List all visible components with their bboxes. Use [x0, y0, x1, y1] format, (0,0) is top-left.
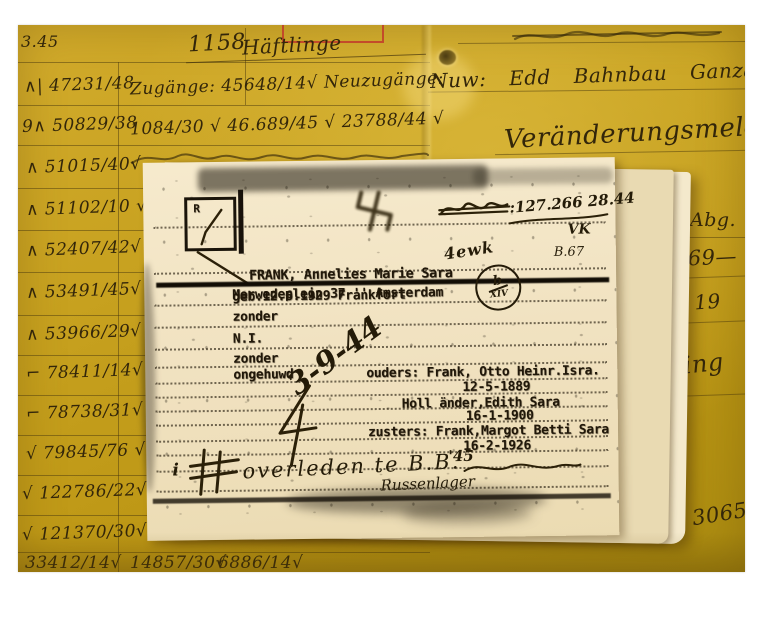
card-father-date: 12-5-1889 [462, 379, 530, 395]
toner-smudge [473, 167, 613, 185]
ledger-row: √ 79845/76 √ [26, 440, 147, 464]
card-zonder2: zonder [233, 351, 278, 367]
number-underline-flourish [509, 213, 609, 226]
ledger-line [18, 62, 430, 63]
abg-label: Abg. [690, 209, 736, 231]
card-mother-date: 16-1-1900 [466, 408, 534, 424]
card-zusters: zusters: Frank,Margot Betti Sara [368, 422, 609, 440]
ledger-row-right: 1084/30 √ 46.689/45 √ 23788/44 √ [130, 109, 445, 140]
ledger-line [18, 105, 430, 106]
ledger-row: ∧ 51102/10 √ [26, 196, 148, 220]
ledger-row: ⌐ 78738/31√ [26, 400, 144, 424]
change-report-title: Veränderungsmeldung [503, 109, 745, 155]
archival-photo-page: { "colors":{"ledger_yellow":"#c7a11f","c… [0, 0, 768, 629]
ledger-row-right: Zugänge: 45648/14√ Neuzugänge: [130, 69, 444, 100]
card-ni: N.I. [233, 331, 263, 346]
i-mark: i [172, 460, 179, 480]
toner-smudge [198, 165, 488, 193]
ledger-count: 1158 [187, 29, 246, 57]
vk-note: VK [567, 221, 590, 237]
ledger-row: ∧ 53966/29√ [26, 321, 142, 345]
week-note: 4ewk [443, 237, 495, 263]
number-3065: 3065 [690, 498, 745, 530]
ledger-row: ∧ 53491/45√ [26, 279, 142, 303]
ledger-bottom-entry: 33412/14√ [25, 553, 122, 572]
card-dotted-line [155, 343, 607, 351]
ledger-bottom-entry: 6886/14√ [218, 553, 303, 572]
stamp-mark-icon [349, 184, 400, 238]
ledger-top-note: 3.45 [21, 32, 59, 51]
ledger-row: √ 122786/22√ [22, 480, 148, 504]
card-zonder1: zonder [233, 309, 278, 325]
ledger-row: ⌐ 78411/14√ [26, 360, 144, 384]
card-address: Merwedeplein 37 '' Amsterdam [232, 285, 443, 303]
ledger-row: √ 121370/30√ [22, 521, 148, 545]
registration-card: R :127.266 28.44 VK B.67 FRANK, Annelies… [143, 157, 620, 541]
cross-tally-mark [186, 448, 243, 497]
b67-note: B.67 [554, 245, 584, 260]
ledger-bottom-entry: 14857/30√ [130, 553, 227, 572]
overleden-tail-scribble [462, 458, 582, 479]
crossed-out-scribble [513, 27, 723, 47]
punch-hole-mark [439, 50, 456, 65]
ledger-row: ∧ 51015/40√ [26, 154, 142, 178]
ledger-row: ∧ 52407/42√ [26, 237, 142, 261]
circle-top-text: b [492, 276, 502, 287]
ledger-count-word: Häftlinge [241, 30, 342, 59]
ledger-row-left: 9∧ 50829/38 [22, 113, 138, 137]
toner-smudge [402, 502, 532, 524]
ledger-row-left: ∧| 47231/48 [24, 73, 135, 97]
right-note: Nuw: Edd Bahnbau Ganzam [430, 57, 745, 93]
ledger-line [18, 145, 430, 146]
crossed-word-scribble [439, 196, 511, 221]
card-ouders: ouders: Frank, Otto Heinr.Isra. [366, 363, 599, 381]
ledger-photo: 3.45 1158 Häftlinge ∧| 47231/48 Zugänge:… [18, 25, 745, 572]
